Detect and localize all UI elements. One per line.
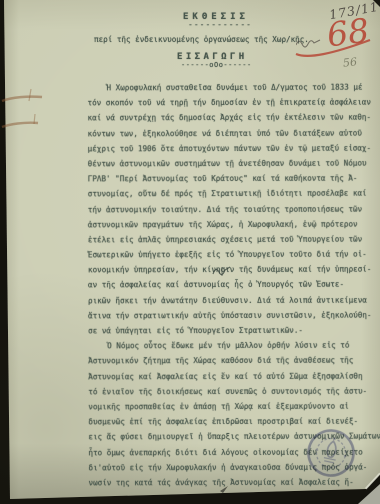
text-line: δυσμενῶς ἐπί τῆς ἀσφαλείας ἐπιδρῶσαι προ…	[88, 414, 380, 430]
title-underline: -----------	[188, 20, 252, 29]
text-line: στυνομίας, οὕτω δέ πρός τῇ Στρατιωτικῇ ἰ…	[88, 186, 380, 202]
text-line: μέχρις τοῦ 1906 ὅτε ἀποτυχόντων πάντων τ…	[88, 140, 380, 156]
text-line: κόντων των, ἐξηκολούθησε νά διέπηται ὑπό…	[88, 125, 380, 141]
text-line: ἐτέλει εἰς ἁπλᾶς ὑπηρεσιακάς σχέσεις μετ…	[88, 231, 380, 247]
text-line: τήν ἀστυνομικήν τοιαύτην. Διά τῆς τοιαύτ…	[88, 201, 380, 217]
text-line: ἅτινα τήν στρατιωτικήν αὐτῆς ὑπόστασιν σ…	[88, 307, 380, 323]
section-underline: ------οΟο------	[181, 61, 252, 69]
margin-ink-marks	[0, 88, 46, 140]
text-line: αν τῆς ἀσφαλείας καί ἀστυνομίας ἧς ὁ Ὑπο…	[88, 277, 380, 293]
text-line: ἀστυνομικῶν πραγμάτων τῆς Χώρας, ἡ Χωροφ…	[88, 216, 380, 232]
text-line: τό ἑνιαῖον τῆς διοικήσεως καί συνεπῶς ὁ …	[88, 383, 380, 399]
paragraph: Ἡ Χωροφυλακή συσταθεῖσα δυνάμει τοῦ Δ/γμ…	[87, 80, 380, 339]
text-line: καί νά συντρέχῃ τάς δημοσίας Ἀρχάς εἰς τ…	[88, 110, 380, 126]
text-line: Ἡ Χωροφυλακή συσταθεῖσα δυνάμει τοῦ Δ/γμ…	[87, 80, 379, 96]
text-line: Ὁ Νόμος οὗτος ἔδωκε μέν τήν μᾶλλον ὀρθήν…	[88, 338, 380, 354]
text-line: ΓΡΛΒ' "Περί Ἀστυνομίας τοῦ Κράτους" καί …	[88, 171, 380, 187]
text-line: σε νά ὑπάγηται εἰς τό Ὑπουργεῖον Στρατιω…	[88, 323, 380, 339]
ink-tick-mark	[220, 485, 232, 494]
inline-correction-mark	[212, 265, 234, 277]
text-line: τόν σκοπόν τοῦ νά τηρῇ τήν δημοσίαν ἐν τ…	[88, 95, 380, 111]
scanned-document: ΕΚΘΕΣΙΣ ----------- περί τῆς ἐνδεικνυομέ…	[0, 0, 380, 504]
text-line: Ἐσωτερικῶν ὑπήγετο ἐφεξῆς εἰς τό Ὑπουργε…	[88, 247, 380, 263]
pencil-scribble-mark	[296, 37, 322, 49]
text-line: Ἀστυνομίας καί Ἀσφαλείας εἰς ἕν καί τό α…	[88, 368, 380, 384]
document-subject: περί τῆς ἐνδεικνυομένης ὀργανώσεως τῆς Χ…	[94, 35, 309, 44]
text-line: Ἀστυνομικόν ζήτημα τῆς Χώρας καθόσον διά…	[88, 353, 380, 369]
text-line: ρικῶν ἤσκει τήν ἀνωτάτην διεύθυνσιν. Διά…	[88, 292, 380, 308]
text-line: νομικῆς προσπαθείας ἐν ἁπάσῃ τῇ Χώρᾳ καί…	[88, 399, 380, 415]
circular-stamp	[301, 423, 360, 482]
text-line: θέντων ἀστυνομικῶν συστημάτων τῇ ἀνετέθη…	[88, 156, 380, 172]
